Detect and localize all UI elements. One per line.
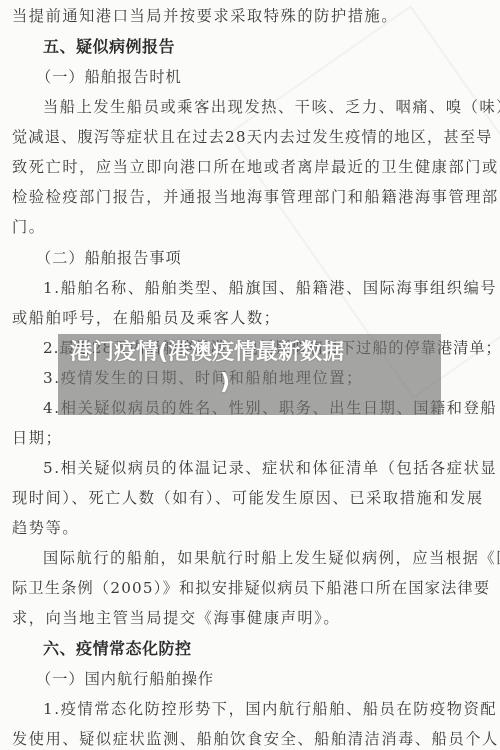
paragraph-line: 当提前通知港口当局并按要求采取特殊的防护措施。	[12, 6, 494, 26]
overlay-title-text: 港门疫情(港澳疫情最新数据	[70, 340, 344, 365]
section-heading-5: 五、疑似病例报告	[43, 37, 500, 57]
list-item: 5.相关疑似病员的体温记录、症状和体征清单（包括各症状显	[43, 458, 500, 478]
subsection-heading: （一）国内航行船舶操作	[36, 669, 500, 689]
paragraph-line: 求，向当地主管当局提交《海事健康声明》。	[12, 608, 494, 628]
subsection-heading: （一）船舶报告时机	[36, 67, 500, 87]
subsection-heading: （二）船舶报告事项	[36, 248, 500, 268]
paragraph-line: 趋势等。	[12, 518, 494, 538]
paragraph-line: 国际航行的船舶，如果航行时船上发生疑似病例，应当根据《国	[43, 548, 500, 568]
paragraph-line: 际卫生条例（2005）》和拟安排疑似病员下船港口所在国家法律要	[12, 578, 494, 598]
paragraph-line: 或船舶呼号，在船船员及乘客人数；	[12, 308, 494, 328]
paragraph-line: 门。	[12, 217, 494, 237]
list-item: 1.疫情常态化防控形势下，国内航行船舶、船员在防疫物资配	[43, 699, 500, 719]
paragraph-line: 检验检疫部门报告，并通报当地海事管理部门和船籍港海事管理部	[12, 187, 494, 207]
overlay-title-closing-paren: )	[70, 368, 440, 398]
list-item: 1.船舶名称、船舶类型、船旗国、船籍港、国际海事组织编号	[43, 278, 500, 298]
paragraph-line: 现时间）、死亡人数（如有）、可能发生原因、已采取措施和发展	[12, 488, 494, 508]
paragraph-line: 觉减退、腹泻等症状且在过去28天内去过发生疫情的地区，甚至导	[12, 127, 494, 147]
paragraph-line: 日期；	[12, 428, 494, 448]
paragraph-line: 发使用、疑似症状监测、船舶饮食安全、船舶清洁消毒、船员个人	[12, 729, 494, 749]
overlay-title: 港门疫情(港澳疫情最新数据 )	[70, 338, 440, 398]
paragraph-line: 致死亡时，应当立即向港口所在地或者离岸最近的卫生健康部门或	[12, 157, 494, 177]
section-heading-6: 六、疫情常态化防控	[43, 639, 500, 659]
paragraph-line: 当船上发生船员或乘客出现发热、干咳、乏力、咽痛、嗅（味）	[43, 97, 500, 117]
